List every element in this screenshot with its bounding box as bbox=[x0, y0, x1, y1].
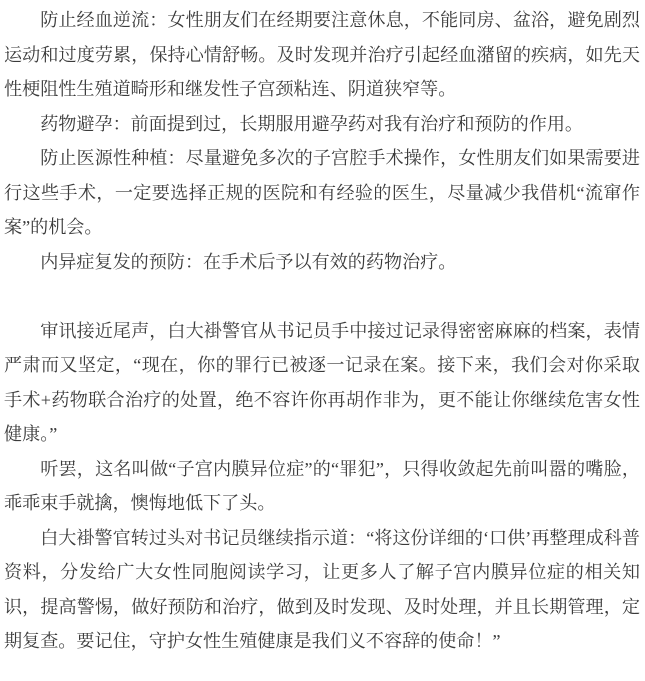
paragraph-criminal-surrenders: 听罢，这名叫做“子宫内膜异位症”的“罪犯”，只得收敛起先前叫嚣的嘴脸，乖乖束手就… bbox=[4, 452, 640, 521]
paragraph-drug-contraception: 药物避孕：前面提到过，长期服用避孕药对我有治疗和预防的作用。 bbox=[4, 107, 640, 142]
paragraph-iatrogenic-implantation-prevention: 防止医源性种植：尽量避免多次的子宫腔手术操作，女性朋友们如果需要进行这些手术，一… bbox=[4, 141, 640, 245]
paragraph-interrogation-conclusion: 审讯接近尾声，白大褂警官从书记员手中接过记录得密密麻麻的档案，表情严肃而又坚定，… bbox=[4, 314, 640, 452]
blank-line bbox=[4, 279, 640, 314]
paragraph-final-instructions: 白大褂警官转过头对书记员继续指示道：“将这份详细的‘口供’再整理成科普资料，分发… bbox=[4, 521, 640, 659]
paragraph-recurrence-prevention: 内异症复发的预防：在手术后予以有效的药物治疗。 bbox=[4, 245, 640, 280]
paragraph-menstrual-reflux-prevention: 防止经血逆流：女性朋友们在经期要注意休息，不能同房、盆浴，避免剧烈运动和过度劳累… bbox=[4, 3, 640, 107]
document-page: 防止经血逆流：女性朋友们在经期要注意休息，不能同房、盆浴，避免剧烈运动和过度劳累… bbox=[0, 0, 645, 681]
